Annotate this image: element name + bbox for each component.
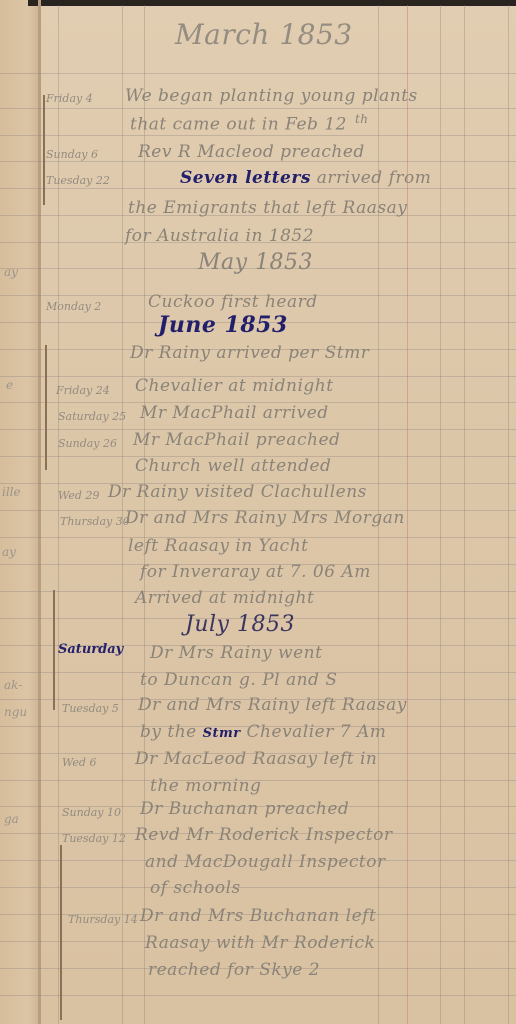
entry-date-ink: Saturday: [58, 642, 123, 657]
binding-thread: [60, 845, 62, 1020]
entry-text: Dr and Mrs Rainy left Raasay: [138, 695, 407, 715]
entry-text: Arrived at midnight: [135, 588, 314, 608]
entry-text: Dr Rainy arrived per Stmr: [130, 343, 369, 363]
entry-text-part: Chevalier 7 Am: [247, 722, 387, 742]
entry-date: Wed 29: [58, 489, 99, 502]
heading-june: June 1853: [158, 312, 288, 338]
entry-date: Sunday 26: [58, 437, 117, 450]
left-page-edge: [0, 0, 40, 1024]
page-gutter: [38, 0, 41, 1024]
entry-text: Dr Rainy visited Clachullens: [108, 482, 367, 502]
heading-march: March 1853: [175, 18, 353, 51]
entry-text: reached for Skye 2: [148, 960, 320, 980]
entry-date: Friday 4: [46, 92, 93, 105]
binding-thread: [43, 95, 45, 205]
entry-date: Tuesday 5: [62, 702, 119, 715]
entry-text: Dr and Mrs Buchanan left: [140, 906, 376, 926]
entry-date: Tuesday 22: [46, 174, 110, 187]
entry-text: for Australia in 1852: [125, 226, 314, 246]
binding-thread: [53, 590, 55, 710]
entry-text: for Inveraray at 7. 06 Am: [140, 562, 371, 582]
entry-text: Dr Mrs Rainy went: [150, 643, 322, 663]
entry-text: that came out in Feb 12th: [130, 112, 369, 135]
entry-text-part: that came out in Feb 12: [130, 115, 347, 135]
entry-text: and MacDougall Inspector: [145, 852, 386, 872]
entry-text: Revd Mr Roderick Inspector: [135, 825, 393, 845]
entry-text: Seven letters arrived from: [180, 168, 431, 188]
entry-date: Sunday 6: [46, 148, 98, 161]
entry-date: Saturday 25: [58, 410, 126, 423]
entry-text: the Emigrants that left Raasay: [128, 198, 407, 218]
ordinal-suffix: th: [355, 112, 369, 126]
heading-may: May 1853: [198, 250, 313, 275]
entry-date: Wed 6: [62, 756, 96, 769]
entry-text: by the Stmr Chevalier 7 Am: [140, 722, 386, 742]
entry-date: Tuesday 12: [62, 832, 126, 845]
entry-text: We began planting young plants: [125, 86, 418, 106]
entry-text-part: by the: [140, 722, 197, 742]
entry-text: Dr and Mrs Rainy Mrs Morgan: [125, 508, 405, 528]
entry-text: Mr MacPhail arrived: [140, 403, 329, 423]
heading-july: July 1853: [185, 612, 295, 637]
ink-annotation: Seven letters: [180, 168, 311, 188]
entry-text-part: arrived from: [317, 168, 432, 188]
entry-date: Thursday 30: [60, 515, 130, 528]
entry-text: the morning: [150, 776, 261, 796]
entry-text: Rev R Macleod preached: [138, 142, 365, 162]
entry-text: Mr MacPhail preached: [133, 430, 340, 450]
entry-text: Dr MacLeod Raasay left in: [135, 749, 377, 769]
entry-date: Monday 2: [46, 300, 101, 313]
entry-text: to Duncan g. Pl and S: [140, 670, 338, 690]
entry-text: Church well attended: [135, 456, 331, 476]
entry-text: left Raasay in Yacht: [128, 536, 308, 556]
entry-text: Dr Buchanan preached: [140, 799, 349, 819]
binding-thread: [45, 345, 47, 470]
page-top-shadow: [28, 0, 516, 6]
entry-text: Cuckoo first heard: [148, 292, 318, 312]
entry-text: Raasay with Mr Roderick: [145, 933, 375, 953]
entry-text: Chevalier at midnight: [135, 376, 334, 396]
entry-date: Friday 24: [56, 384, 110, 397]
entry-text: of schools: [150, 878, 241, 898]
ink-annotation: Stmr: [203, 726, 241, 741]
entry-date: Sunday 10: [62, 806, 121, 819]
entry-date: Thursday 14: [68, 913, 138, 926]
